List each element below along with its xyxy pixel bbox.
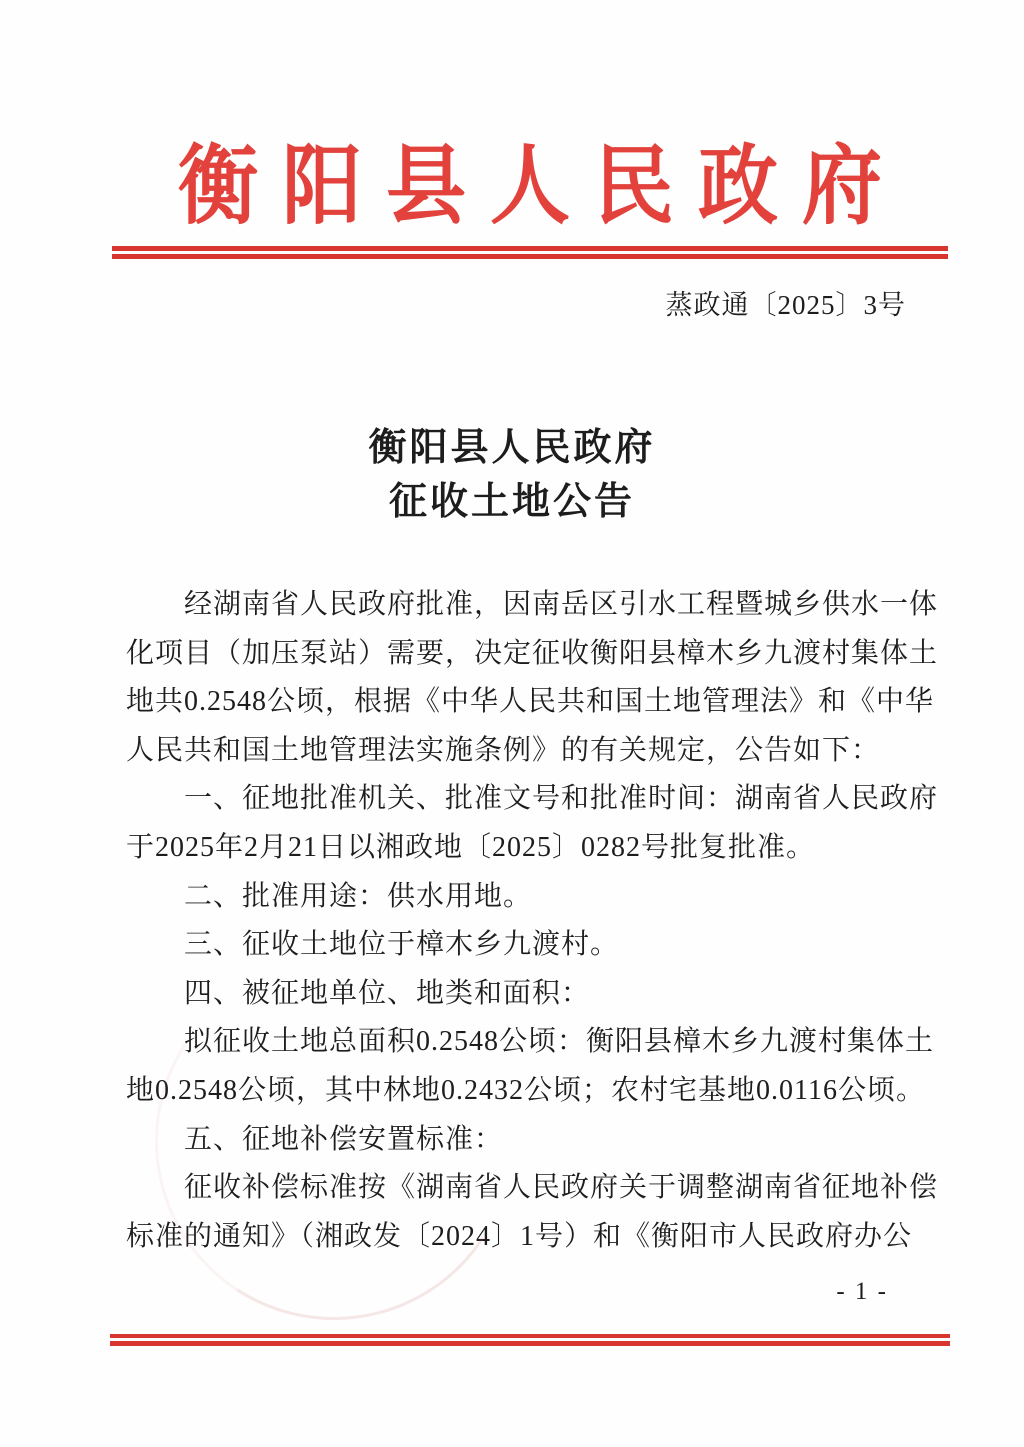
- document-reference-number: 蒸政通〔2025〕3号: [666, 283, 907, 322]
- letterhead-double-rule: [112, 246, 948, 259]
- body-line: 二、批准用途：供水用地。: [126, 873, 926, 922]
- page-number: - 1 -: [836, 1278, 888, 1306]
- body-line: 经湖南省人民政府批准，因南岳区引水工程暨城乡供水一体: [126, 581, 926, 630]
- document-title-line2: 征收土地公告: [0, 475, 1024, 529]
- body-line: 人民共和国土地管理法实施条例》的有关规定，公告如下：: [126, 727, 926, 776]
- rule-line-bottom: [110, 1341, 950, 1346]
- body-line: 化项目（加压泵站）需要，决定征收衡阳县樟木乡九渡村集体土: [126, 630, 926, 679]
- document-page: 衡阳县人民政府 蒸政通〔2025〕3号 衡阳县人民政府 征收土地公告 经湖南省人…: [0, 0, 1024, 1447]
- rule-line-bottom: [112, 254, 948, 259]
- footer-double-rule: [110, 1334, 950, 1346]
- rule-line-top: [110, 1334, 950, 1338]
- letterhead-agency-name: 衡阳县人民政府: [112, 142, 948, 233]
- body-line: 地共0.2548公顷，根据《中华人民共和国土地管理法》和《中华: [126, 678, 926, 727]
- body-line: 于2025年2月21日以湘政地〔2025〕0282号批复批准。: [126, 824, 926, 873]
- rule-line-top: [112, 246, 948, 251]
- document-title-line1: 衡阳县人民政府: [0, 421, 1024, 475]
- body-line: 一、征地批准机关、批准文号和批准时间：湖南省人民政府: [126, 775, 926, 824]
- document-title: 衡阳县人民政府 征收土地公告: [0, 421, 1024, 529]
- body-line: 三、征收土地位于樟木乡九渡村。: [126, 921, 926, 970]
